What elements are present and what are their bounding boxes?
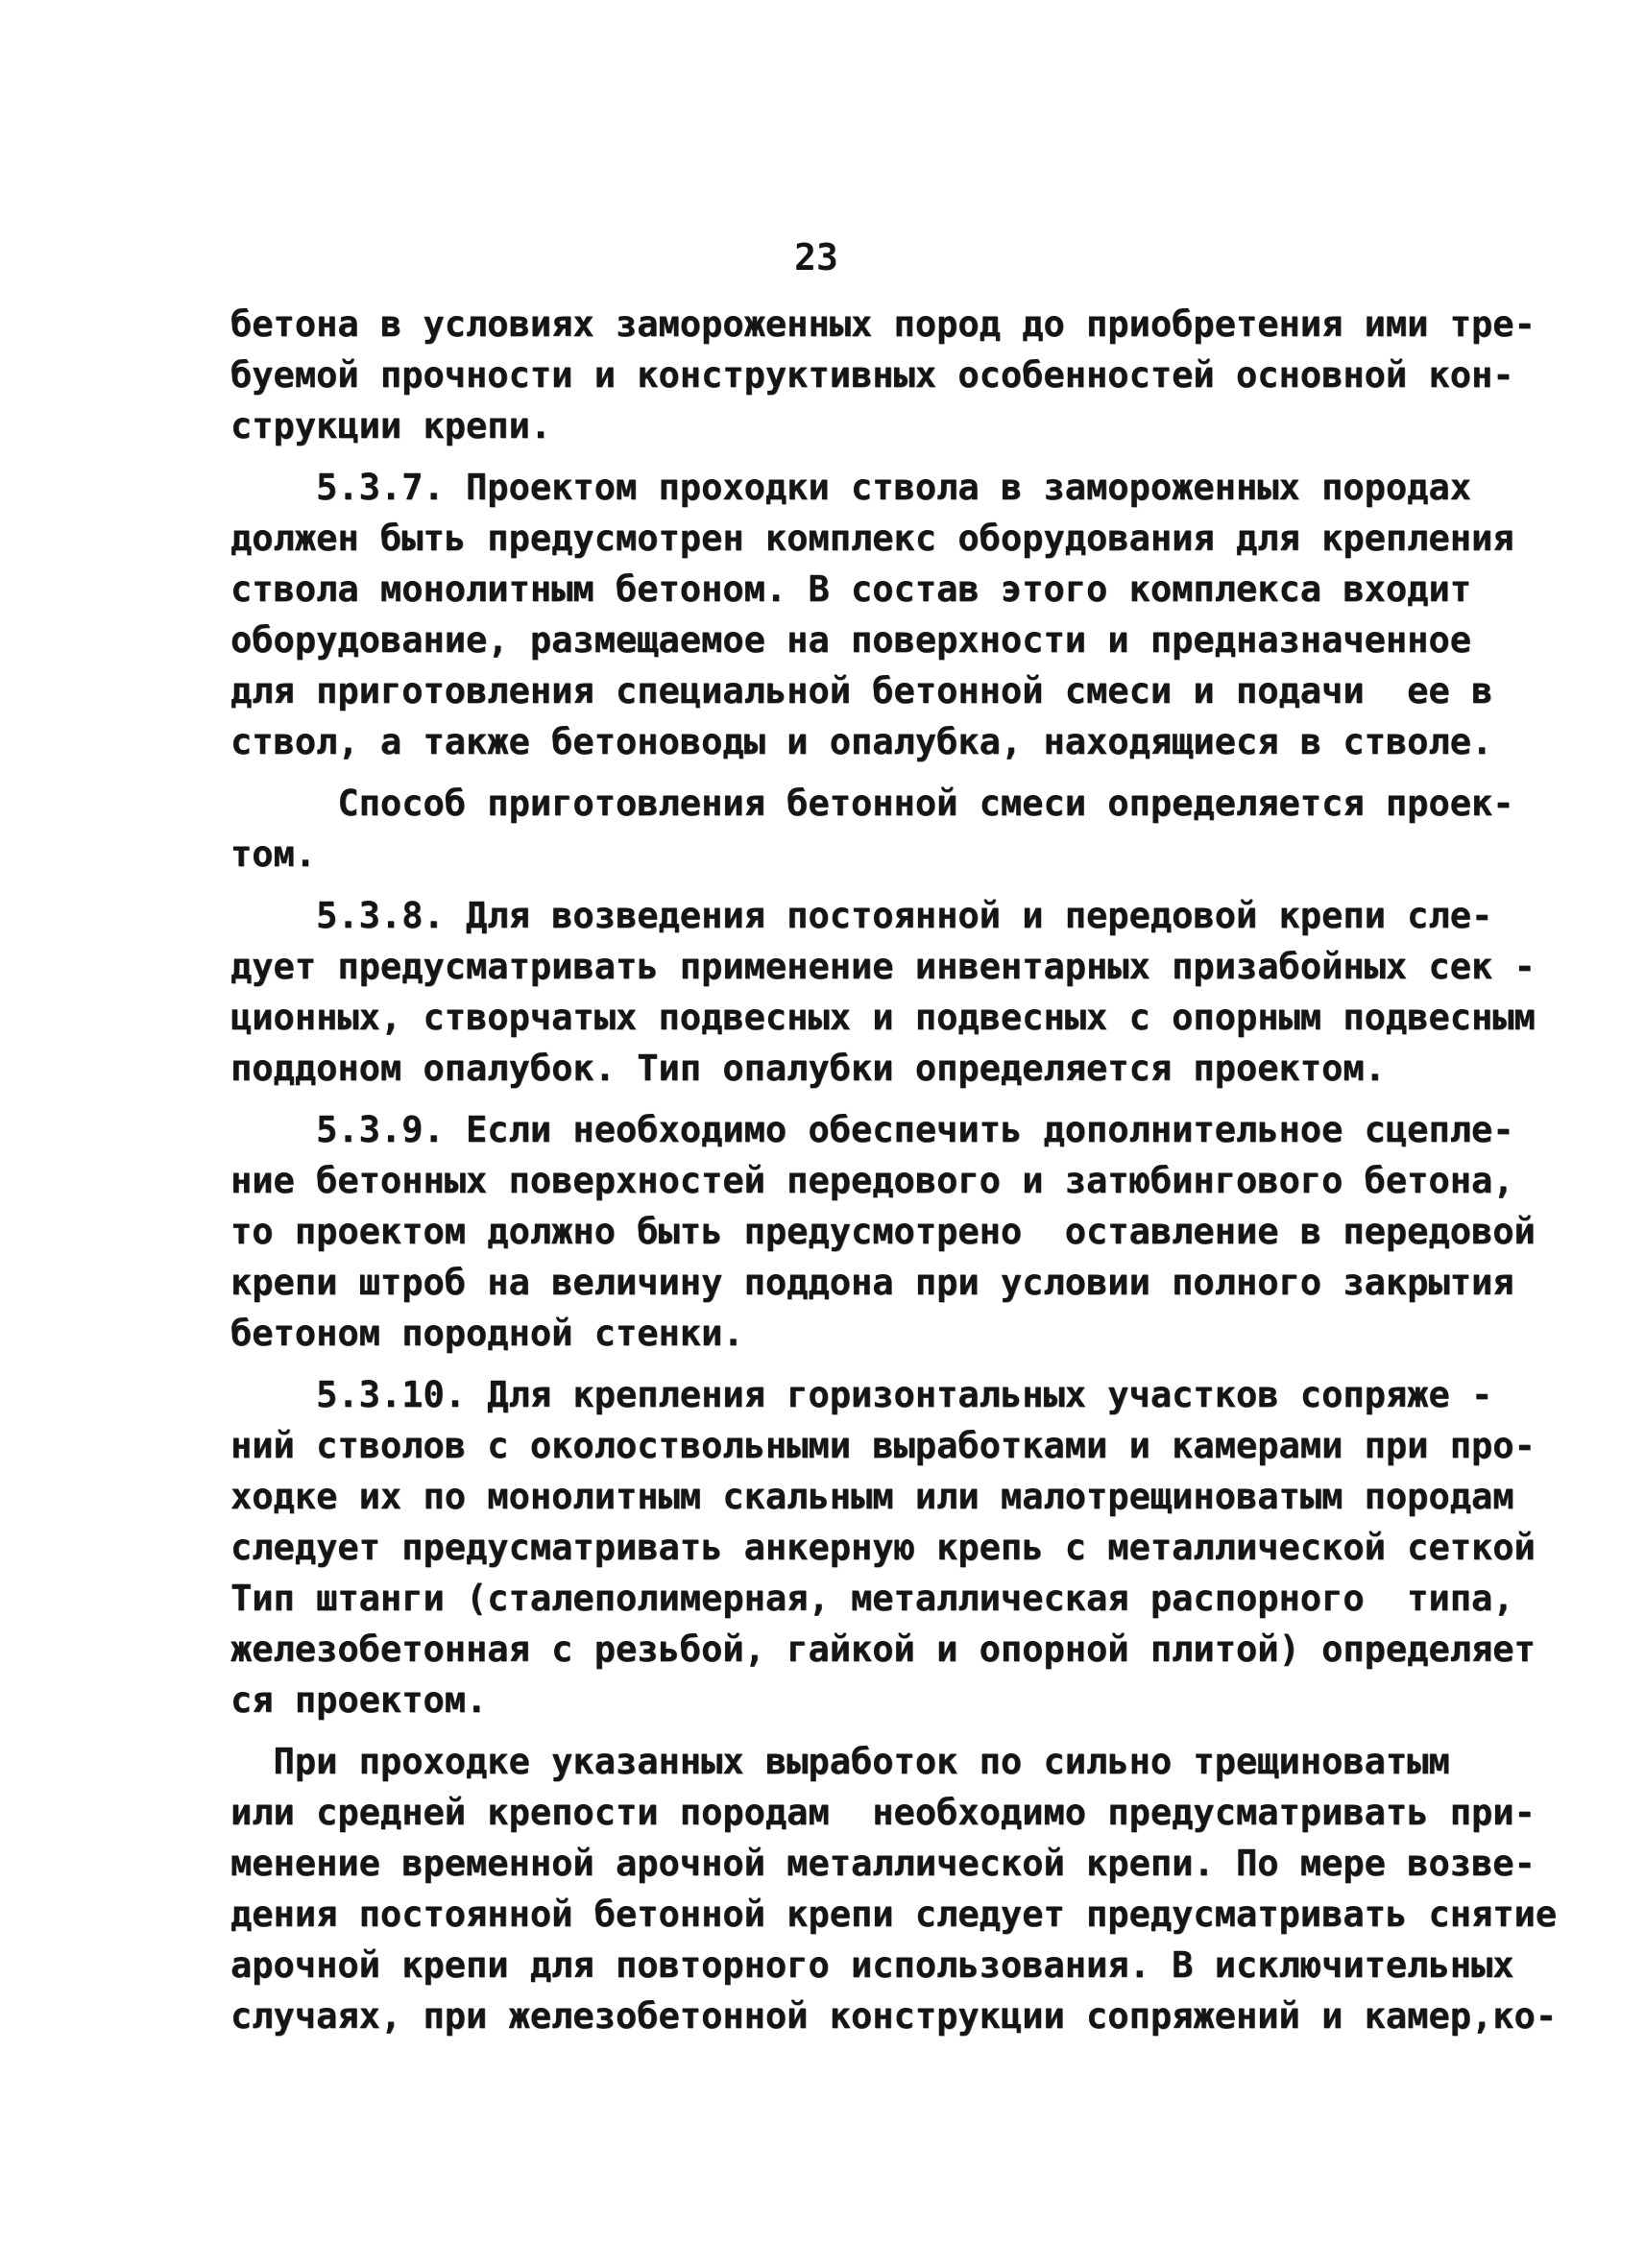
text-line: арочной крепи для повторного использован… — [230, 1940, 1575, 1991]
text-line: ходке их по монолитным скальным или мало… — [230, 1471, 1575, 1522]
text-line: бетона в условиях замороженных пород до … — [230, 299, 1575, 350]
page-number: 23 — [230, 232, 1402, 283]
text-line: ствола монолитным бетоном. В состав этог… — [230, 564, 1575, 615]
text-line: Тип штанги (сталеполимерная, металлическ… — [230, 1573, 1575, 1624]
text-line: оборудование, размещаемое на поверхности… — [230, 615, 1575, 665]
text-line: ся проектом. — [230, 1675, 1575, 1725]
document-page: 23 бетона в условиях замороженных пород … — [0, 0, 1645, 2268]
text-line: струкции крепи. — [230, 400, 1575, 451]
text-line: то проектом должно быть предусмотрено ос… — [230, 1206, 1575, 1257]
text-line: ний стволов с околоствольными выработкам… — [230, 1420, 1575, 1471]
text-line: 5.3.10. Для крепления горизонтальных уча… — [230, 1369, 1575, 1420]
text-line: случаях, при железобетонной конструкции … — [230, 1991, 1575, 2041]
text-line: дения постоянной бетонной крепи следует … — [230, 1889, 1575, 1940]
text-line: менение временной арочной металлической … — [230, 1838, 1575, 1889]
text-line: для приготовления специальной бетонной с… — [230, 665, 1575, 716]
page-content: 23 бетона в условиях замороженных пород … — [230, 232, 1575, 2052]
text-line: 5.3.7. Проектом проходки ствола в заморо… — [230, 462, 1575, 513]
text-line: следует предусматривать анкерную крепь с… — [230, 1522, 1575, 1573]
paragraph: При проходке указанных выработок по силь… — [230, 1736, 1575, 2041]
text-line: или средней крепости породам необходимо … — [230, 1787, 1575, 1838]
paragraph: бетона в условиях замороженных пород до … — [230, 299, 1575, 451]
text-line: железобетонная с резьбой, гайкой и опорн… — [230, 1624, 1575, 1675]
paragraph: 5.3.8. Для возведения постоянной и перед… — [230, 890, 1575, 1094]
text-line: ционных, створчатых подвесных и подвесны… — [230, 992, 1575, 1043]
text-line: ствол, а также бетоноводы и опалубка, на… — [230, 716, 1575, 767]
text-line: ние бетонных поверхностей передового и з… — [230, 1155, 1575, 1206]
text-line: поддоном опалубок. Тип опалубки определя… — [230, 1043, 1575, 1094]
text-line: крепи штроб на величину поддона при усло… — [230, 1257, 1575, 1308]
text-line: 5.3.9. Если необходимо обеспечить дополн… — [230, 1104, 1575, 1155]
paragraph: 5.3.7. Проектом проходки ствола в заморо… — [230, 462, 1575, 767]
text-line: буемой прочности и конструктивных особен… — [230, 350, 1575, 400]
text-line: том. — [230, 829, 1575, 880]
text-line: Способ приготовления бетонной смеси опре… — [230, 778, 1575, 829]
text-line: дует предусматривать применение инвентар… — [230, 941, 1575, 992]
text-line: должен быть предусмотрен комплекс оборуд… — [230, 513, 1575, 564]
paragraph: Способ приготовления бетонной смеси опре… — [230, 778, 1575, 880]
paragraph: 5.3.10. Для крепления горизонтальных уча… — [230, 1369, 1575, 1725]
text-line: При проходке указанных выработок по силь… — [230, 1736, 1575, 1787]
text-block: бетона в условиях замороженных пород до … — [230, 299, 1575, 2041]
text-line: бетоном породной стенки. — [230, 1308, 1575, 1359]
paragraph: 5.3.9. Если необходимо обеспечить дополн… — [230, 1104, 1575, 1359]
text-line: 5.3.8. Для возведения постоянной и перед… — [230, 890, 1575, 941]
